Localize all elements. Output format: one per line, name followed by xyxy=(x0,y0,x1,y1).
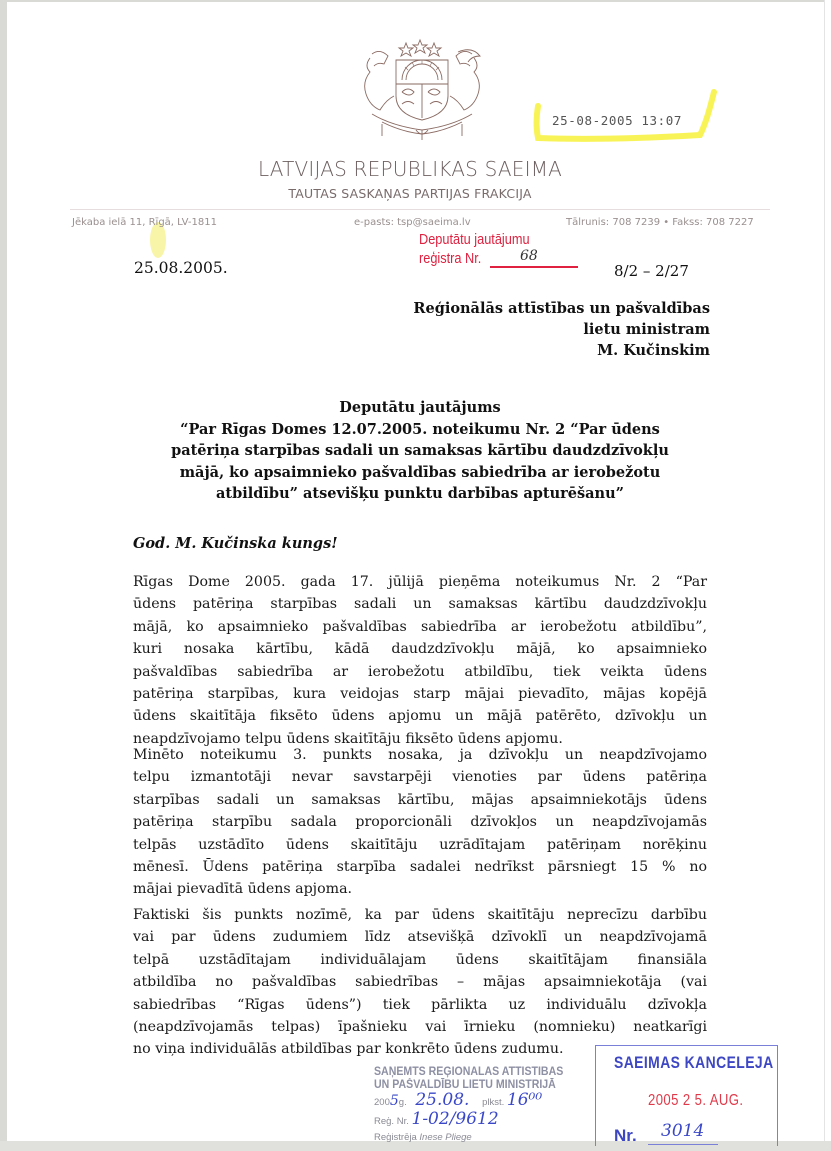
subject-heading: Deputātu jautājums “Par Rīgas Domes 12.0… xyxy=(130,397,710,505)
fax-timestamp: 25-08-2005 13:07 xyxy=(552,113,682,128)
text-line: mājā, ko apsaimnieko pašvaldības sabiedr… xyxy=(133,616,707,638)
text-line: telpā uzstādītajam individuālajam ūdens … xyxy=(133,949,707,971)
text-line: patēriņa starpību sadala proporcionāli d… xyxy=(133,811,707,833)
salutation: God. M. Kučinska kungs! xyxy=(133,535,338,552)
body-paragraph-1: Rīgas Dome 2005. gada 17. jūlijā pieņēma… xyxy=(133,571,707,750)
ministry-stamp-reg-row: Reģ. Nr. 1-02/9612 xyxy=(374,1111,580,1130)
page-edge xyxy=(824,0,831,1151)
registry-number-underline xyxy=(490,266,578,268)
chancellery-stamp-title: SAEIMAS KANCELEJA xyxy=(614,1053,774,1073)
body-paragraph-2: Minēto noteikumu 3. punkts nosaka, ja dz… xyxy=(133,744,707,901)
letterhead-address: Jēkaba ielā 11, Rīgā, LV-1811 xyxy=(72,217,217,228)
text-line: Faktiski šis punkts nozīmē, ka par ūdens… xyxy=(133,904,707,926)
addressee-line: Reģionālās attīstības un pašvaldības xyxy=(413,298,710,319)
received-date: 25.08. xyxy=(415,1090,469,1110)
ministry-reg-number: 1-02/9612 xyxy=(412,1109,499,1129)
addressee-line: M. Kučinskim xyxy=(413,340,710,361)
chancellery-nr-underline xyxy=(648,1144,718,1145)
text-line: pašvaldības sabiedrība ar ierobežotu atb… xyxy=(133,661,707,683)
registry-number: 68 xyxy=(520,248,538,264)
text-line: starpības sadali un samaksas kārtību, mā… xyxy=(133,789,707,811)
subject-line: atbildību” atsevišķu punktu darbības apt… xyxy=(130,483,710,505)
chancellery-stamp-date: 2005 2 5. AUG. xyxy=(648,1092,743,1110)
text-line: (neapdzīvojamās telpas) īpašnieku vai īr… xyxy=(133,1016,707,1038)
letterhead-email: e-pasts: tsp@saeima.lv xyxy=(354,217,471,228)
chancellery-stamp-nr: 3014 xyxy=(661,1121,704,1141)
text-line: mēnesī. Ūdens patēriņa starpība sadalei … xyxy=(133,856,707,878)
subject-line: mājā, ko apsaimnieko pašvaldības sabiedr… xyxy=(130,462,710,484)
chancellery-stamp-nr-label: Nr. xyxy=(614,1126,637,1146)
registry-stamp: Deputātu jautājumu reģistra Nr. xyxy=(419,230,530,268)
subject-line: “Par Rīgas Domes 12.07.2005. noteikumu N… xyxy=(130,419,710,441)
text-line: telpu izmantotāji nevar savstarpēji vien… xyxy=(133,766,707,788)
latvia-coat-of-arms-icon xyxy=(352,38,492,143)
text-line: telpās uzstādīto ūdens skaitītāju uzrādī… xyxy=(133,834,707,856)
text-line: Rīgas Dome 2005. gada 17. jūlijā pieņēma… xyxy=(133,571,707,593)
text-line: sabiedrības “Rīgas ūdens”) tiek pārlikta… xyxy=(133,994,707,1016)
text-line: atbildība no pašvaldības sabiedrības – m… xyxy=(133,971,707,993)
text-line: mājai pievadītā ūdens apjoma. xyxy=(133,878,707,900)
letterhead-title: LATVIJAS REPUBLIKAS SAEIMA xyxy=(230,157,590,181)
text-line: ūdens patēriņa starpības sadali un samak… xyxy=(133,593,707,615)
chancellery-stamp: SAEIMAS KANCELEJA 2005 2 5. AUG. Nr. 301… xyxy=(595,1045,778,1146)
text-line: patēriņa starpības, kura veidojas starp … xyxy=(133,683,707,705)
text-line: kuri nosaka kārtību, kādā daudzdzīvokļu … xyxy=(133,638,707,660)
text-line: vai par ūdens zudumiem līdz atsevišķā dz… xyxy=(133,926,707,948)
addressee-line: lietu ministram xyxy=(413,319,710,340)
document-reference: 8/2 – 2/27 xyxy=(614,262,689,280)
subject-line: Deputātu jautājums xyxy=(130,397,710,419)
ministry-received-stamp: SAŅEMTS REĢIONĀLĀS ATTĪSTĪBAS UN PAŠVALD… xyxy=(374,1066,580,1146)
subject-line: patēriņa starpības sadali un samaksas kā… xyxy=(130,440,710,462)
letterhead-phone-fax: Tālrunis: 708 7239 • Fakss: 708 7227 xyxy=(566,217,754,228)
ministry-stamp-line1: SAŅEMTS REĢIONĀLĀS ATTĪSTĪBAS xyxy=(374,1066,563,1079)
received-time: 16⁰⁰ xyxy=(507,1090,542,1110)
text-line: ūdens skaitītāja fiksēto ūdens apjomu un… xyxy=(133,705,707,727)
registry-stamp-line1: Deputātu jautājumu xyxy=(419,230,530,249)
text-line: Minēto noteikumu 3. punkts nosaka, ja dz… xyxy=(133,744,707,766)
body-paragraph-3: Faktiski šis punkts nozīmē, ka par ūdens… xyxy=(133,904,707,1061)
ministry-stamp-registrar-row: Reģistrēja Inese Pliege xyxy=(374,1130,580,1146)
document-date: 25.08.2005. xyxy=(134,259,228,277)
letterhead-divider xyxy=(70,209,770,210)
addressee: Reģionālās attīstības un pašvaldības lie… xyxy=(413,298,710,361)
letterhead-subtitle: TAUTAS SASKAŅAS PARTIJAS FRAKCIJA xyxy=(230,186,590,201)
